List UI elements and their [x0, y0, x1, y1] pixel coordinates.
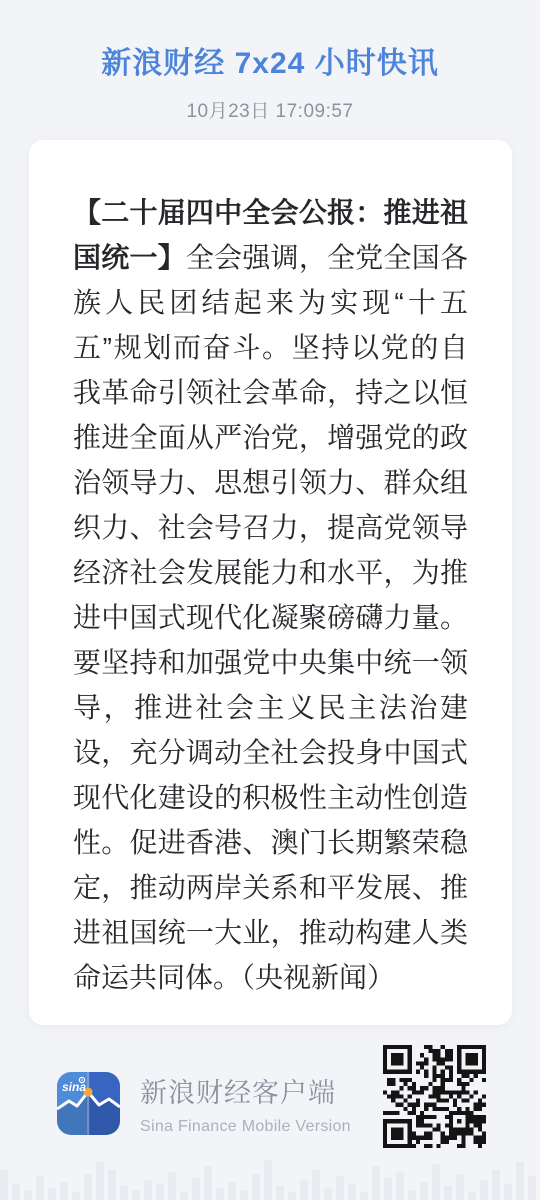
equalizer-bar	[228, 1182, 236, 1200]
equalizer-bar	[168, 1172, 176, 1200]
equalizer-bar	[432, 1164, 440, 1200]
equalizer-bar	[324, 1188, 332, 1200]
app-name-block: 新浪财经客户端 Sina Finance Mobile Version	[140, 1071, 351, 1136]
equalizer-bar	[456, 1174, 464, 1200]
equalizer-bar	[144, 1180, 152, 1200]
sina-wordmark: sina	[62, 1080, 86, 1094]
sina-finance-app-icon: sina	[57, 1072, 120, 1135]
equalizer-bar	[216, 1188, 224, 1200]
equalizer-bar	[348, 1184, 356, 1200]
equalizer-bar	[132, 1190, 140, 1200]
equalizer-bar	[516, 1162, 524, 1200]
equalizer-bar	[312, 1170, 320, 1200]
equalizer-bar	[48, 1188, 56, 1200]
equalizer-bar	[204, 1166, 212, 1200]
share-card-screen: 新浪财经 7x24 小时快讯 10月23日 17:09:57 【二十届四中全会公…	[0, 0, 540, 1200]
app-name: 新浪财经客户端	[140, 1071, 351, 1110]
equalizer-bar	[528, 1176, 536, 1200]
equalizer-bars-decoration	[0, 1154, 540, 1200]
news-body: 全会强调，全党全国各族人民团结起来为实现“十五五”规划而奋斗。坚持以党的自我革命…	[73, 242, 468, 993]
equalizer-bar	[0, 1170, 8, 1200]
news-card: 【二十届四中全会公报：推进祖国统一】全会强调，全党全国各族人民团结起来为实现“十…	[29, 140, 512, 1025]
equalizer-bar	[288, 1192, 296, 1200]
news-timestamp: 10月23日 17:09:57	[0, 96, 540, 123]
equalizer-bar	[84, 1174, 92, 1200]
equalizer-bar	[408, 1190, 416, 1200]
qr-code	[383, 1045, 486, 1148]
equalizer-bar	[360, 1192, 368, 1200]
equalizer-bar	[468, 1192, 476, 1200]
equalizer-bar	[504, 1184, 512, 1200]
equalizer-bar	[420, 1182, 428, 1200]
equalizer-bar	[156, 1184, 164, 1200]
equalizer-bar	[252, 1174, 260, 1200]
equalizer-bar	[264, 1160, 272, 1200]
equalizer-bar	[180, 1192, 188, 1200]
equalizer-bar	[72, 1192, 80, 1200]
news-text: 【二十届四中全会公报：推进祖国统一】全会强调，全党全国各族人民团结起来为实现“十…	[73, 190, 468, 1000]
equalizer-bar	[120, 1186, 128, 1200]
equalizer-bar	[192, 1178, 200, 1200]
header: 新浪财经 7x24 小时快讯 10月23日 17:09:57	[0, 0, 540, 123]
equalizer-bar	[492, 1170, 500, 1200]
equalizer-bar	[396, 1172, 404, 1200]
equalizer-bar	[480, 1180, 488, 1200]
equalizer-bar	[276, 1186, 284, 1200]
equalizer-bar	[108, 1170, 116, 1200]
equalizer-bar	[36, 1176, 44, 1200]
app-promo-block: sina 新浪财经客户端 Sina Finance Mobile Version	[57, 1071, 351, 1136]
app-name-english: Sina Finance Mobile Version	[140, 1118, 351, 1136]
page-title: 新浪财经 7x24 小时快讯	[0, 0, 540, 82]
equalizer-bar	[12, 1184, 20, 1200]
sina-finance-logo-icon: sina	[57, 1072, 120, 1135]
equalizer-bar	[24, 1190, 32, 1200]
equalizer-bar	[336, 1176, 344, 1200]
equalizer-bar	[372, 1166, 380, 1200]
equalizer-bar	[240, 1190, 248, 1200]
equalizer-bar	[96, 1162, 104, 1200]
equalizer-bar	[384, 1178, 392, 1200]
equalizer-bar	[300, 1180, 308, 1200]
equalizer-bar	[60, 1182, 68, 1200]
equalizer-bar	[444, 1186, 452, 1200]
